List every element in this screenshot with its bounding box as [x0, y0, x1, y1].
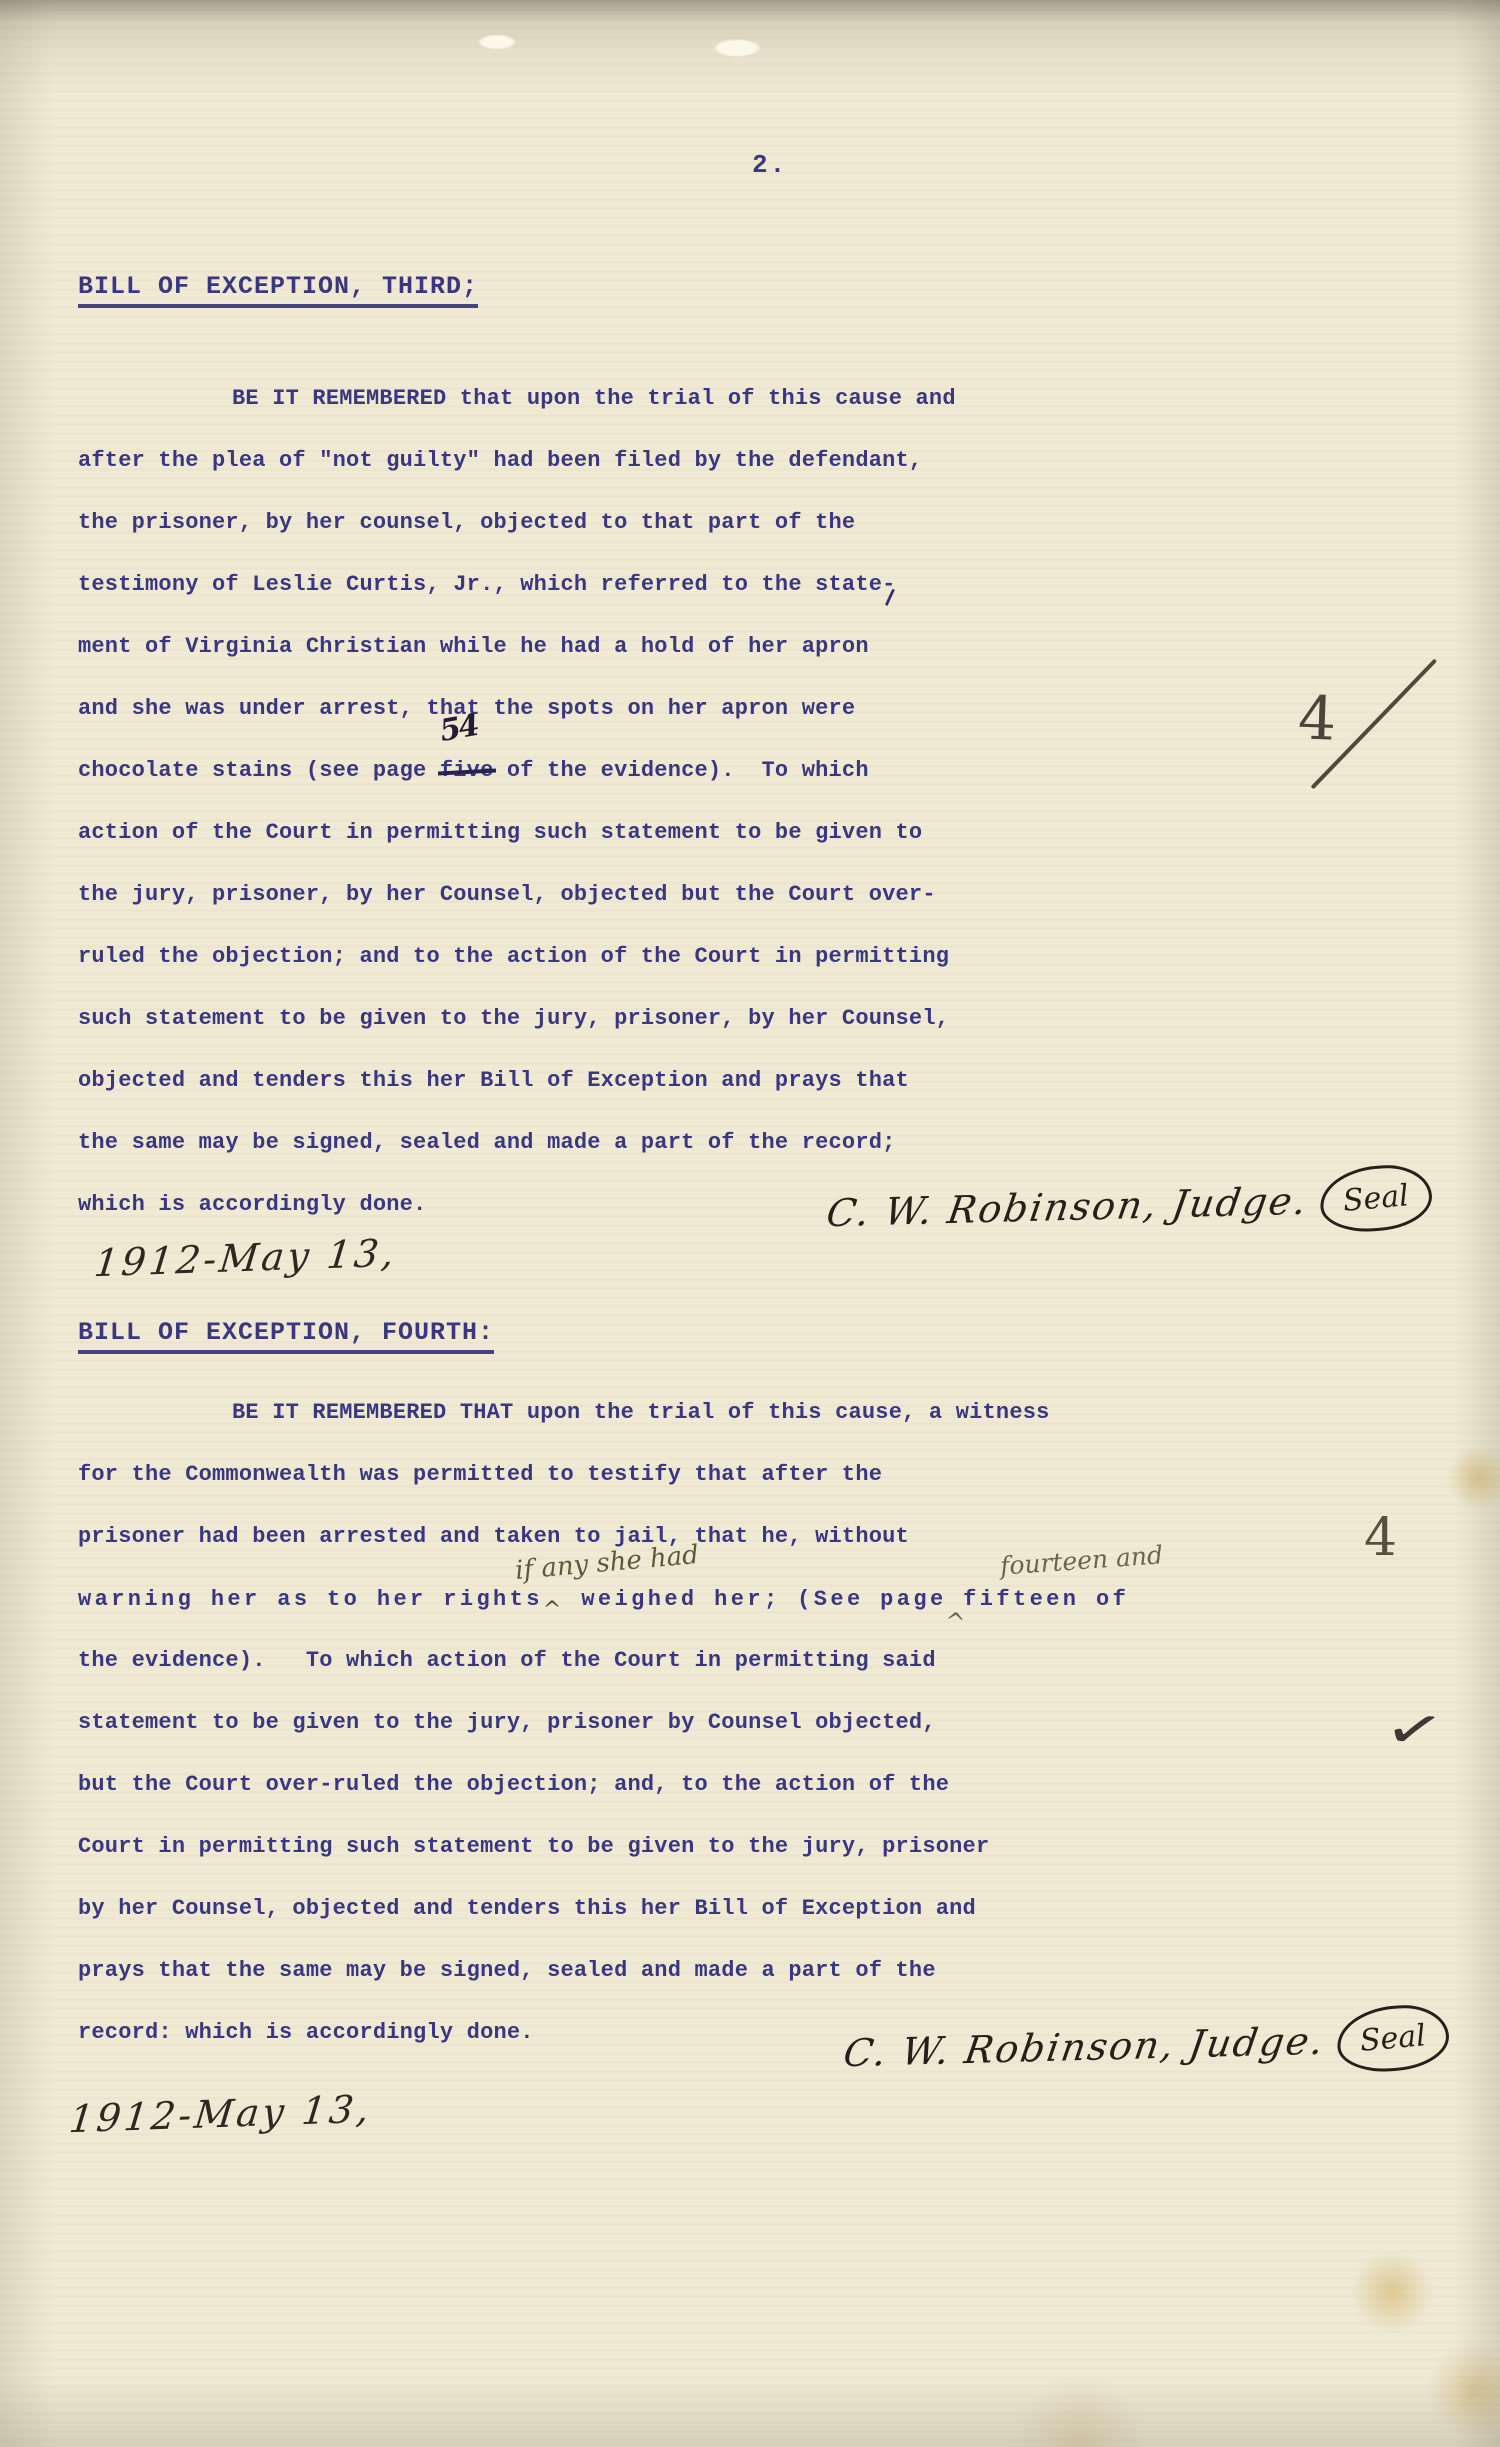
- signature-block-third: C. W. Robinson, Judge.Seal: [828, 1178, 1433, 1243]
- handwritten-date-fourth: 1912-May 13,: [67, 2087, 374, 2141]
- typed-line: the prisoner, by her counsel, objected t…: [78, 492, 956, 554]
- typed-line: by her Counsel, objected and tenders thi…: [78, 1878, 1129, 1940]
- typed-line: BE IT REMEMBERED THAT upon the trial of …: [78, 1382, 1129, 1444]
- typed-line: ment of Virginia Christian while he had …: [78, 616, 956, 678]
- typed-line-with-correction: chocolate stains (see page five54 of the…: [78, 740, 956, 802]
- handwritten-date-third: 1912-May 13,: [92, 1231, 399, 1285]
- typed-line: ruled the objection; and to the action o…: [78, 926, 956, 988]
- line-pre: chocolate stains (see page: [78, 758, 440, 783]
- pencil-margin-mark-4-first: 4: [1297, 683, 1338, 754]
- pencil-checkmark: ✓: [1380, 1694, 1449, 1765]
- typed-line: BE IT REMEMBERED that upon the trial of …: [78, 368, 956, 430]
- typed-line: and she was under arrest, that the spots…: [78, 678, 956, 740]
- typed-line: prays that the same may be signed, seale…: [78, 1940, 1129, 2002]
- document-page: 2. BILL OF EXCEPTION, THIRD; BE IT REMEM…: [0, 0, 1500, 2447]
- judge-signature: C. W. Robinson, Judge.: [841, 2019, 1328, 2076]
- paragraph-third: BE IT REMEMBERED that upon the trial of …: [78, 368, 956, 1236]
- seal-circle: Seal: [1317, 1161, 1434, 1235]
- typed-line: after the plea of "not guilty" had been …: [78, 430, 956, 492]
- signature-block-fourth: C. W. Robinson, Judge.Seal: [845, 2018, 1450, 2083]
- typed-line: the evidence). To which action of the Co…: [78, 1630, 1129, 1692]
- judge-signature: C. W. Robinson, Judge.: [824, 1179, 1311, 1236]
- line-post: weighed her; (See page: [565, 1587, 963, 1612]
- typed-line: testimony of Leslie Curtis, Jr., which r…: [78, 554, 956, 616]
- page-word: fifteen: [963, 1587, 1079, 1612]
- struck-word-text: five: [440, 758, 494, 783]
- section-heading-fourth: BILL OF EXCEPTION, FOURTH:: [78, 1318, 494, 1354]
- typed-line: statement to be given to the jury, priso…: [78, 1692, 1129, 1754]
- seal-circle: Seal: [1334, 2001, 1451, 2075]
- line-post: of the evidence). To which: [493, 758, 868, 783]
- caret-mark: ^: [543, 1580, 565, 1642]
- struck-word: five54: [440, 740, 494, 802]
- seal-text: Seal: [1358, 2018, 1427, 2059]
- section-heading-third: BILL OF EXCEPTION, THIRD;: [78, 272, 478, 308]
- line-pre: warning her as to her rights: [78, 1587, 543, 1612]
- handwritten-page-correction: 54: [438, 711, 480, 747]
- paragraph-fourth: BE IT REMEMBERED THAT upon the trial of …: [78, 1382, 1129, 2064]
- typed-line: the jury, prisoner, by her Counsel, obje…: [78, 864, 956, 926]
- pencil-caret-below-page: ^: [944, 1607, 967, 1637]
- page-number: 2.: [752, 150, 787, 180]
- typed-line: for the Commonwealth was permitted to te…: [78, 1444, 1129, 1506]
- typed-line: such statement to be given to the jury, …: [78, 988, 956, 1050]
- seal-text: Seal: [1341, 1178, 1410, 1219]
- typed-line: Court in permitting such statement to be…: [78, 1816, 1129, 1878]
- line-post2: of: [1079, 1587, 1129, 1612]
- typed-line: action of the Court in permitting such s…: [78, 802, 956, 864]
- pencil-margin-mark-4-second: 4: [1364, 1508, 1397, 1568]
- typed-line: the same may be signed, sealed and made …: [78, 1112, 956, 1174]
- typed-line: but the Court over-ruled the objection; …: [78, 1754, 1129, 1816]
- typed-line: objected and tenders this her Bill of Ex…: [78, 1050, 956, 1112]
